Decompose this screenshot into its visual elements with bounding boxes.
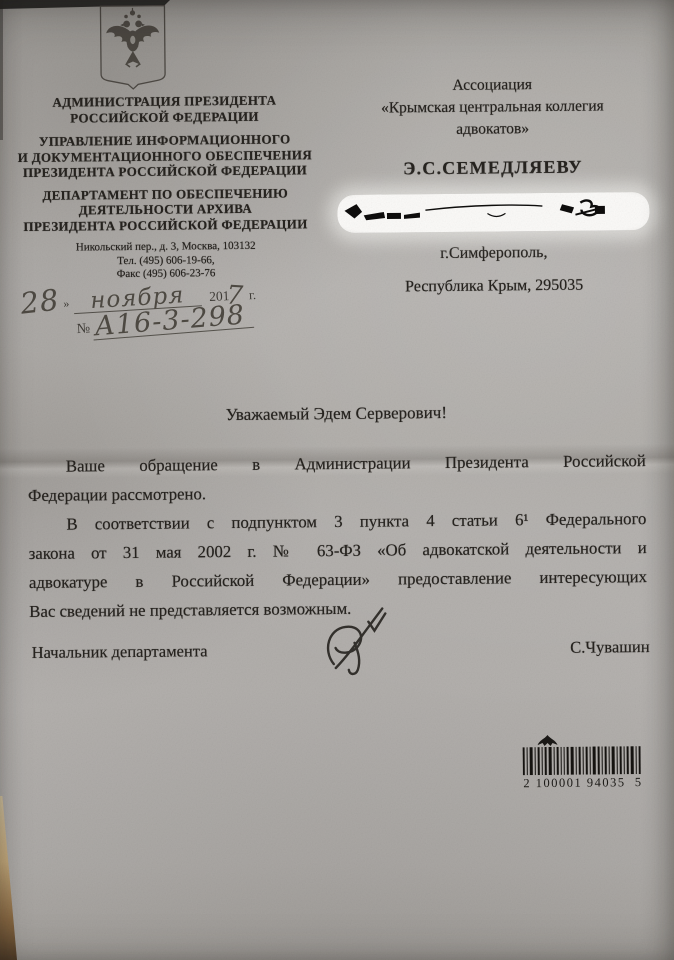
signature-stroke	[319, 603, 412, 692]
body-line: адвокатуре в Российской Федерации» предо…	[29, 562, 647, 597]
handwritten-ref-number: А16-3-298	[92, 304, 254, 341]
sender-letterhead: АДМИНИСТРАЦИЯ ПРЕЗИДЕНТА РОССИЙСКОЙ ФЕДЕ…	[8, 92, 322, 282]
handwritten-day: 28	[19, 286, 61, 316]
recipient-line: «Крымская центральная коллегия	[328, 95, 656, 120]
recipient-city: г.Симферополь,	[330, 240, 658, 266]
body-line: Ваше обращение в Администрации Президент…	[28, 446, 646, 481]
division-line: ПРЕЗИДЕНТА РОССИЙСКОЙ ФЕДЕРАЦИИ	[9, 162, 321, 180]
recipient-line: Ассоциация	[328, 73, 656, 98]
year-suffix: г.	[249, 287, 257, 303]
reference-number-line: № А16-3-298	[76, 305, 254, 340]
barcode-digits: 2 100001 94035 5	[523, 775, 643, 791]
scanned-letter-photo: АДМИНИСТРАЦИЯ ПРЕЗИДЕНТА РОССИЙСКОЙ ФЕДЕ…	[0, 0, 674, 960]
redacted-address-strip	[337, 192, 649, 233]
recipient-region: Республика Крым, 295035	[330, 273, 658, 299]
number-sign: №	[76, 321, 90, 338]
letter-body: Ваше обращение в Администрации Президент…	[28, 446, 648, 626]
department-line: ПРЕЗИДЕНТА РОССИЙСКОЙ ФЕДЕРАЦИИ	[9, 216, 321, 234]
salutation: Уважаемый Эдем Серверович!	[0, 401, 673, 427]
recipient-name: Э.С.СЕМЕДЛЯЕВУ	[329, 156, 657, 180]
recipient-block: Ассоциация «Крымская центральная коллеги…	[328, 73, 658, 299]
signer-name: С.Чувашин	[570, 637, 650, 658]
recipient-line: адвокатов»	[329, 117, 657, 142]
department-line: ДЕПАРТАМЕНТ ПО ОБЕСПЕЧЕНИЮ	[9, 185, 321, 203]
org-line: АДМИНИСТРАЦИЯ ПРЕЗИДЕНТА	[8, 92, 320, 110]
quote-mark: »	[63, 296, 70, 311]
signer-title: Начальник департамента	[32, 641, 208, 663]
letter-content: АДМИНИСТРАЦИЯ ПРЕЗИДЕНТА РОССИЙСКОЙ ФЕДЕ…	[0, 0, 674, 960]
barcode: 2 100001 94035 5	[522, 733, 652, 734]
coat-of-arms-icon	[97, 4, 168, 91]
